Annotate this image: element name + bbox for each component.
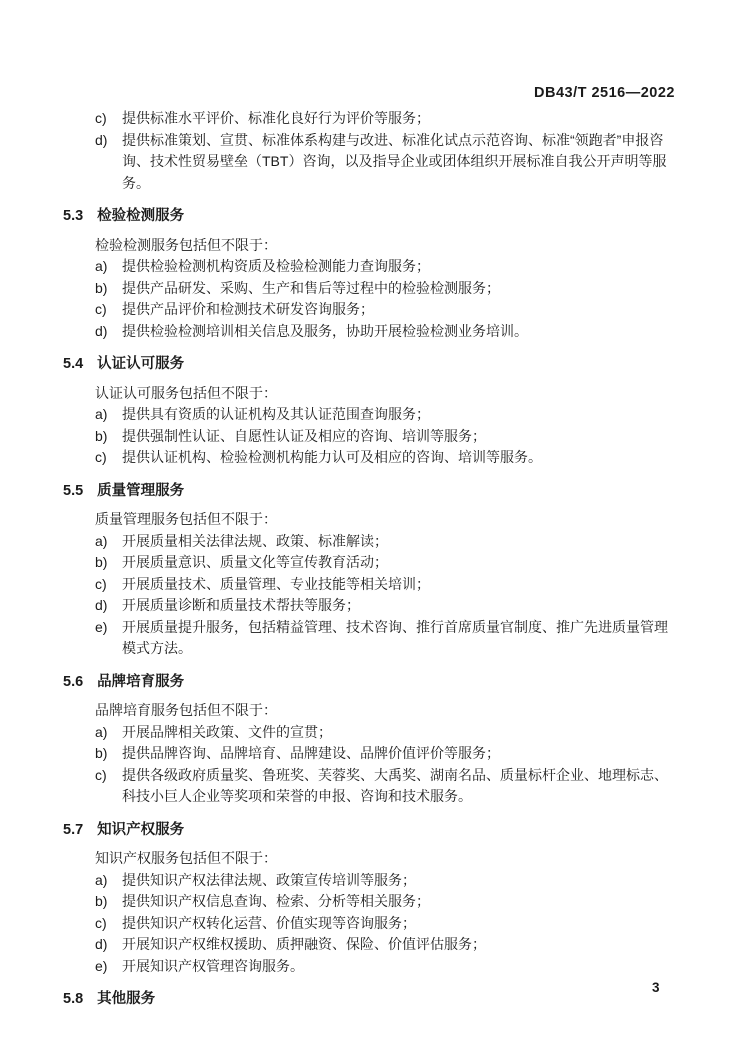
section-list: a) 开展质量相关法律法规、政策、标准解读； b) 开展质量意识、质量文化等宣传… xyxy=(63,531,679,660)
section-title: 其他服务 xyxy=(97,989,155,1011)
list-item-text: 开展知识产权维权援助、质押融资、保险、价值评估服务； xyxy=(122,934,679,956)
list-item: c) 提供产品评价和检测技术研发咨询服务； xyxy=(63,299,679,321)
list-item-label: c) xyxy=(95,765,122,787)
section-number: 5.4 xyxy=(63,354,83,376)
list-item-text: 提供产品研发、采购、生产和售后等过程中的检验检测服务； xyxy=(122,278,679,300)
section-title: 质量管理服务 xyxy=(97,481,184,503)
section-number: 5.5 xyxy=(63,481,83,503)
list-item: b) 提供产品研发、采购、生产和售后等过程中的检验检测服务； xyxy=(63,278,679,300)
list-item-label: d) xyxy=(95,595,122,617)
list-item-label: b) xyxy=(95,743,122,765)
list-item-text: 提供品牌咨询、品牌培育、品牌建设、品牌价值评价等服务； xyxy=(122,743,679,765)
list-item-text: 提供知识产权信息查询、检索、分析等相关服务； xyxy=(122,891,679,913)
list-item: b) 提供品牌咨询、品牌培育、品牌建设、品牌价值评价等服务； xyxy=(63,743,679,765)
list-item-label: e) xyxy=(95,956,122,978)
list-item-label: c) xyxy=(95,108,122,130)
list-item-text: 开展质量相关法律法规、政策、标准解读； xyxy=(122,531,679,553)
section-heading: 5.3 检验检测服务 xyxy=(63,206,679,228)
section-heading: 5.5 质量管理服务 xyxy=(63,481,679,503)
section-heading: 5.6 品牌培育服务 xyxy=(63,672,679,694)
list-item-label: c) xyxy=(95,299,122,321)
list-item-text: 提供检验检测机构资质及检验检测能力查询服务； xyxy=(122,256,679,278)
section-number: 5.8 xyxy=(63,989,83,1011)
list-item: c) 提供标准水平评价、标准化良好行为评价等服务； xyxy=(63,108,679,130)
standard-number-header: DB43/T 2516—2022 xyxy=(534,83,675,105)
list-item: c) 提供认证机构、检验检测机构能力认可及相应的咨询、培训等服务。 xyxy=(63,447,679,469)
list-item-label: b) xyxy=(95,278,122,300)
section-list: a) 开展品牌相关政策、文件的宣贯； b) 提供品牌咨询、品牌培育、品牌建设、品… xyxy=(63,722,679,808)
list-item-label: d) xyxy=(95,934,122,956)
list-item-label: c) xyxy=(95,574,122,596)
section-heading: 5.4 认证认可服务 xyxy=(63,354,679,376)
list-item: c) 开展质量技术、质量管理、专业技能等相关培训； xyxy=(63,574,679,596)
list-item-text: 开展质量提升服务，包括精益管理、技术咨询、推行首席质量官制度、推广先进质量管理模… xyxy=(122,617,679,660)
document-page: DB43/T 2516—2022 c) 提供标准水平评价、标准化良好行为评价等服… xyxy=(0,0,746,1056)
list-item-text: 提供认证机构、检验检测机构能力认可及相应的咨询、培训等服务。 xyxy=(122,447,679,469)
list-item: c) 提供各级政府质量奖、鲁班奖、芙蓉奖、大禹奖、湖南名品、质量标杆企业、地理标… xyxy=(63,765,679,808)
list-item-text: 提供产品评价和检测技术研发咨询服务； xyxy=(122,299,679,321)
section-number: 5.7 xyxy=(63,820,83,842)
list-item: d) 开展知识产权维权援助、质押融资、保险、价值评估服务； xyxy=(63,934,679,956)
section-number: 5.6 xyxy=(63,672,83,694)
list-item: e) 开展知识产权管理咨询服务。 xyxy=(63,956,679,978)
list-item: b) 提供知识产权信息查询、检索、分析等相关服务； xyxy=(63,891,679,913)
section-list: a) 提供具有资质的认证机构及其认证范围查询服务； b) 提供强制性认证、自愿性… xyxy=(63,404,679,469)
list-item-text: 提供具有资质的认证机构及其认证范围查询服务； xyxy=(122,404,679,426)
list-item-label: a) xyxy=(95,404,122,426)
list-item: a) 开展质量相关法律法规、政策、标准解读； xyxy=(63,531,679,553)
list-item: a) 开展品牌相关政策、文件的宣贯； xyxy=(63,722,679,744)
list-item-text: 提供知识产权转化运营、价值实现等咨询服务； xyxy=(122,913,679,935)
list-item-label: b) xyxy=(95,891,122,913)
list-item-label: b) xyxy=(95,426,122,448)
list-item-label: a) xyxy=(95,722,122,744)
list-item-text: 提供强制性认证、自愿性认证及相应的咨询、培训等服务； xyxy=(122,426,679,448)
list-item-label: b) xyxy=(95,552,122,574)
list-item: e) 开展质量提升服务，包括精益管理、技术咨询、推行首席质量官制度、推广先进质量… xyxy=(63,617,679,660)
section-title: 认证认可服务 xyxy=(97,354,184,376)
document-body: c) 提供标准水平评价、标准化良好行为评价等服务； d) 提供标准策划、宣贯、标… xyxy=(63,108,679,1018)
section-list: a) 提供检验检测机构资质及检验检测能力查询服务； b) 提供产品研发、采购、生… xyxy=(63,256,679,342)
section-list: a) 提供知识产权法律法规、政策宣传培训等服务； b) 提供知识产权信息查询、检… xyxy=(63,870,679,978)
list-item-label: a) xyxy=(95,531,122,553)
section-intro: 质量管理服务包括但不限于： xyxy=(63,509,679,531)
list-item: a) 提供知识产权法律法规、政策宣传培训等服务； xyxy=(63,870,679,892)
list-item: a) 提供具有资质的认证机构及其认证范围查询服务； xyxy=(63,404,679,426)
list-item: d) 提供标准策划、宣贯、标准体系构建与改进、标准化试点示范咨询、标准“领跑者”… xyxy=(63,130,679,195)
section-intro: 知识产权服务包括但不限于： xyxy=(63,848,679,870)
list-item-label: a) xyxy=(95,870,122,892)
list-item-text: 开展质量技术、质量管理、专业技能等相关培训； xyxy=(122,574,679,596)
list-item-label: c) xyxy=(95,447,122,469)
list-item-label: e) xyxy=(95,617,122,639)
list-item: b) 开展质量意识、质量文化等宣传教育活动； xyxy=(63,552,679,574)
list-item-text: 开展知识产权管理咨询服务。 xyxy=(122,956,679,978)
list-item: b) 提供强制性认证、自愿性认证及相应的咨询、培训等服务； xyxy=(63,426,679,448)
section-intro: 认证认可服务包括但不限于： xyxy=(63,383,679,405)
page-number: 3 xyxy=(652,977,660,999)
section-intro: 品牌培育服务包括但不限于： xyxy=(63,700,679,722)
section-number: 5.3 xyxy=(63,206,83,228)
list-item: d) 开展质量诊断和质量技术帮扶等服务； xyxy=(63,595,679,617)
list-item-label: d) xyxy=(95,321,122,343)
list-item: c) 提供知识产权转化运营、价值实现等咨询服务； xyxy=(63,913,679,935)
list-item-text: 提供知识产权法律法规、政策宣传培训等服务； xyxy=(122,870,679,892)
list-item: d) 提供检验检测培训相关信息及服务，协助开展检验检测业务培训。 xyxy=(63,321,679,343)
section-title: 知识产权服务 xyxy=(97,820,184,842)
list-item-text: 开展品牌相关政策、文件的宣贯； xyxy=(122,722,679,744)
section-title: 品牌培育服务 xyxy=(97,672,184,694)
list-item-label: a) xyxy=(95,256,122,278)
list-item-text: 提供标准策划、宣贯、标准体系构建与改进、标准化试点示范咨询、标准“领跑者”申报咨… xyxy=(122,130,679,195)
section-intro: 检验检测服务包括但不限于： xyxy=(63,235,679,257)
list-item-text: 提供各级政府质量奖、鲁班奖、芙蓉奖、大禹奖、湖南名品、质量标杆企业、地理标志、科… xyxy=(122,765,679,808)
list-item-label: d) xyxy=(95,130,122,152)
list-item-text: 提供检验检测培训相关信息及服务，协助开展检验检测业务培训。 xyxy=(122,321,679,343)
list-item: a) 提供检验检测机构资质及检验检测能力查询服务； xyxy=(63,256,679,278)
section-heading: 5.7 知识产权服务 xyxy=(63,820,679,842)
list-item-text: 开展质量诊断和质量技术帮扶等服务； xyxy=(122,595,679,617)
list-item-label: c) xyxy=(95,913,122,935)
list-item-text: 提供标准水平评价、标准化良好行为评价等服务； xyxy=(122,108,679,130)
leading-list: c) 提供标准水平评价、标准化良好行为评价等服务； d) 提供标准策划、宣贯、标… xyxy=(63,108,679,194)
list-item-text: 开展质量意识、质量文化等宣传教育活动； xyxy=(122,552,679,574)
section-heading: 5.8 其他服务 xyxy=(63,989,679,1011)
section-title: 检验检测服务 xyxy=(97,206,184,228)
